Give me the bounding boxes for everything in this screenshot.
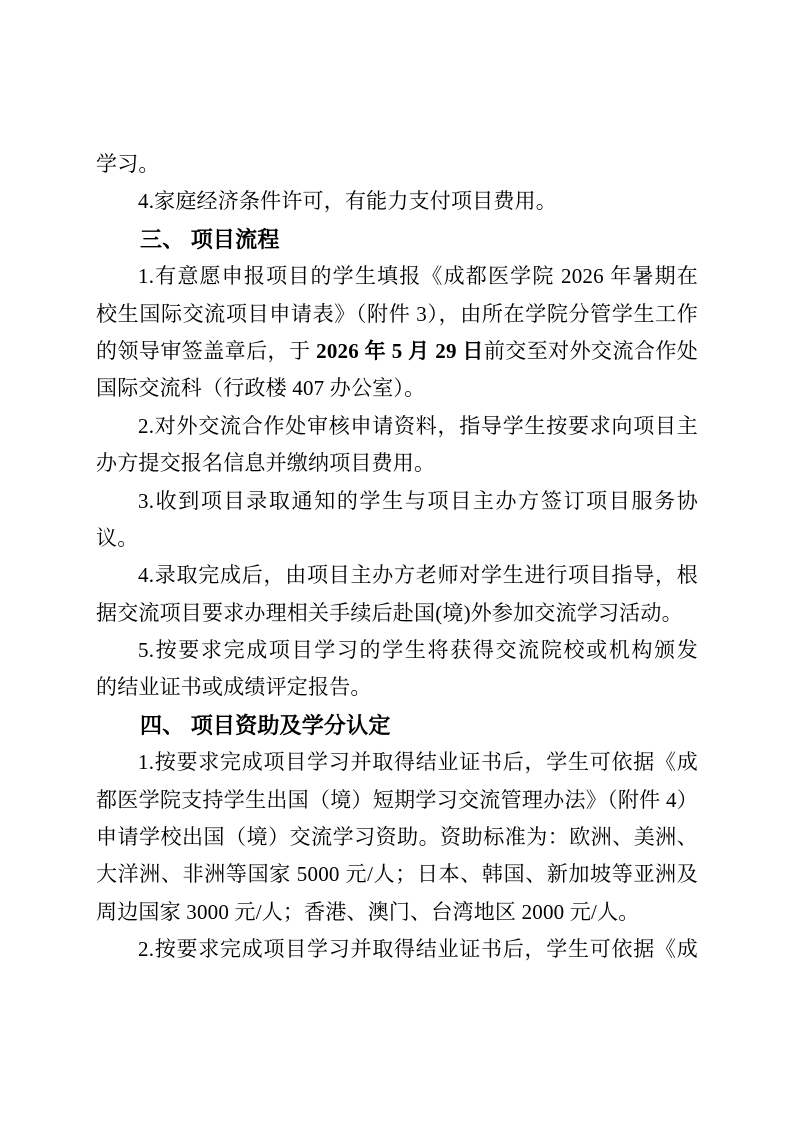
deadline-date: 2026 年 5 月 29 日 xyxy=(316,339,484,363)
doc-line: 5.按要求完成项目学习的学生将获得交流院校或机构颁发 xyxy=(96,632,698,669)
doc-line: 2.对外交流合作处审核申请资料，指导学生按要求向项目主 xyxy=(96,408,698,445)
doc-run: 的领导审签盖章后，于 xyxy=(96,339,316,363)
doc-line: 据交流项目要求办理相关手续后赴国(境)外参加交流学习活动。 xyxy=(96,595,698,632)
doc-line: 学习。 xyxy=(96,146,698,183)
doc-line: 的结业证书或成绩评定报告。 xyxy=(96,669,698,706)
document-page: 学习。 4.家庭经济条件许可，有能力支付项目费用。 三、 项目流程 1.有意愿申… xyxy=(0,0,794,1123)
doc-line: 都医学院支持学生出国（境）短期学习交流管理办法》（附件 4） xyxy=(96,782,698,819)
doc-line: 申请学校出国（境）交流学习资助。资助标准为：欧洲、美洲、 xyxy=(96,819,698,856)
doc-line: 校生国际交流项目申请表》（附件 3），由所在学院分管学生工作 xyxy=(96,296,698,333)
doc-line-with-bold-date: 的领导审签盖章后，于 2026 年 5 月 29 日前交至对外交流合作处 xyxy=(96,333,698,370)
doc-line: 议。 xyxy=(96,520,698,557)
section-heading-4: 四、 项目资助及学分认定 xyxy=(96,707,698,744)
doc-line: 大洋洲、非洲等国家 5000 元/人；日本、韩国、新加坡等亚洲及 xyxy=(96,856,698,893)
doc-line: 4.家庭经济条件许可，有能力支付项目费用。 xyxy=(96,183,698,220)
doc-line: 1.按要求完成项目学习并取得结业证书后，学生可依据《成 xyxy=(96,744,698,781)
section-heading-3: 三、 项目流程 xyxy=(96,221,698,258)
doc-line: 4.录取完成后，由项目主办方老师对学生进行项目指导，根 xyxy=(96,557,698,594)
doc-line: 3.收到项目录取通知的学生与项目主办方签订项目服务协 xyxy=(96,483,698,520)
document-body: 学习。 4.家庭经济条件许可，有能力支付项目费用。 三、 项目流程 1.有意愿申… xyxy=(96,146,698,969)
doc-line: 2.按要求完成项目学习并取得结业证书后，学生可依据《成 xyxy=(96,931,698,968)
doc-line: 办方提交报名信息并缴纳项目费用。 xyxy=(96,445,698,482)
doc-run: 前交至对外交流合作处 xyxy=(484,339,698,363)
doc-line: 1.有意愿申报项目的学生填报《成都医学院 2026 年暑期在 xyxy=(96,258,698,295)
doc-line: 国际交流科（行政楼 407 办公室）。 xyxy=(96,370,698,407)
doc-line: 周边国家 3000 元/人；香港、澳门、台湾地区 2000 元/人。 xyxy=(96,894,698,931)
